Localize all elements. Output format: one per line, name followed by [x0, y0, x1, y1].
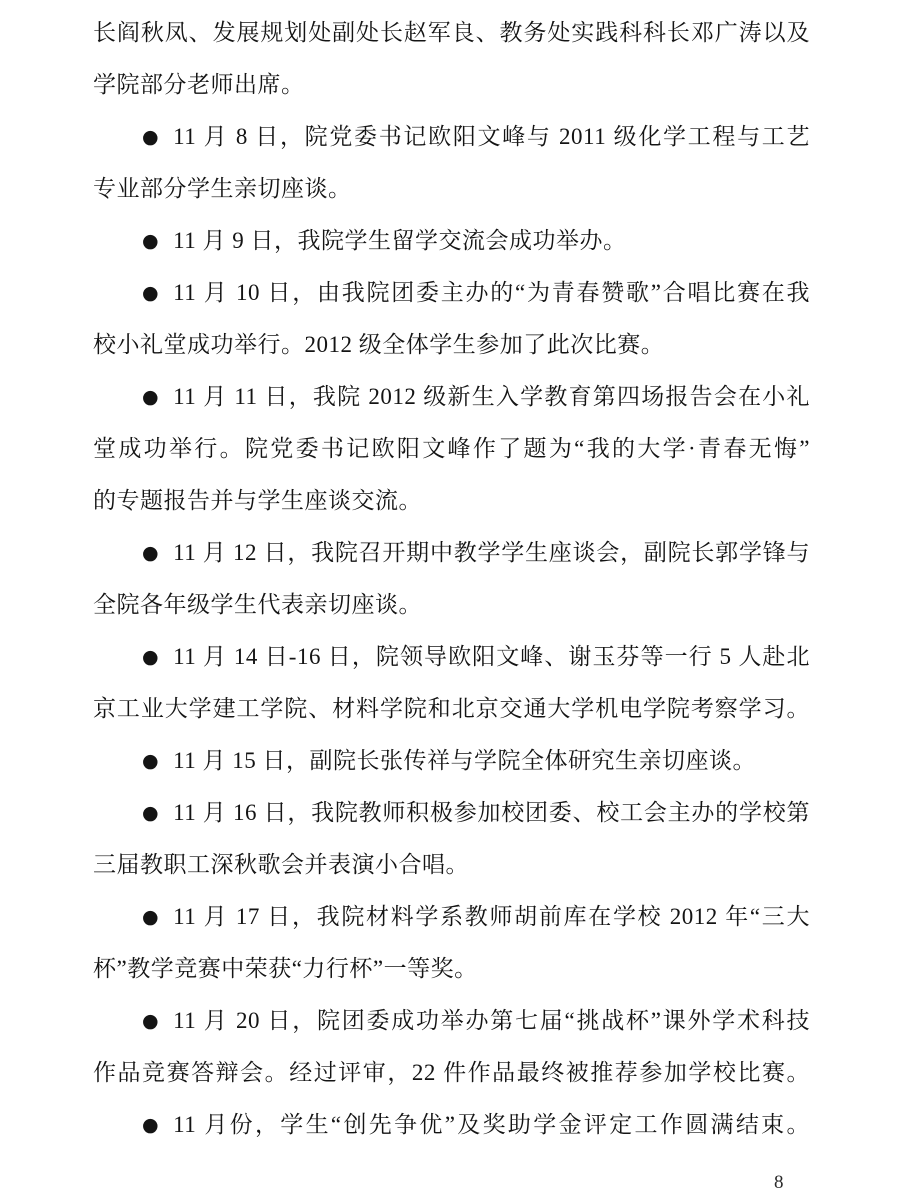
line-text: 11 月 10 日，由我院团委主办的“为青春赞歌”合唱比赛在我	[173, 280, 810, 305]
bullet-icon: ●	[142, 735, 159, 787]
line-text: 11 月份，学生“创先争优”及奖助学金评定工作圆满结束。	[173, 1112, 810, 1137]
text-line: ●11 月 16 日，我院教师积极参加校团委、校工会主办的学校第	[93, 787, 810, 839]
line-text: 校小礼堂成功举行。2012 级全体学生参加了此次比赛。	[93, 332, 664, 357]
text-line: ●11 月 20 日，院团委成功举办第七届“挑战杯”课外学术科技	[93, 995, 810, 1047]
text-line: 堂成功举行。院党委书记欧阳文峰作了题为“我的大学·青春无悔”	[93, 423, 810, 475]
line-text: 长阎秋凤、发展规划处副处长赵军良、教务处实践科科长邓广涛以及	[93, 20, 810, 45]
bullet-icon: ●	[142, 891, 159, 943]
line-text: 杯”教学竞赛中荣获“力行杯”一等奖。	[93, 956, 478, 981]
text-line: 长阎秋凤、发展规划处副处长赵军良、教务处实践科科长邓广涛以及	[93, 7, 810, 59]
document-page: 长阎秋凤、发展规划处副处长赵军良、教务处实践科科长邓广涛以及学院部分老师出席。●…	[0, 0, 900, 1200]
bullet-icon: ●	[142, 527, 159, 579]
line-text: 11 月 12 日，我院召开期中教学学生座谈会，副院长郭学锋与	[173, 540, 810, 565]
text-line: ●11 月 15 日，副院长张传祥与学院全体研究生亲切座谈。	[93, 735, 810, 787]
text-line: 学院部分老师出席。	[93, 59, 810, 111]
bullet-icon: ●	[142, 995, 159, 1047]
line-text: 11 月 14 日-16 日，院领导欧阳文峰、谢玉芬等一行 5 人赴北	[173, 644, 810, 669]
bullet-icon: ●	[142, 267, 159, 319]
text-line: ●11 月 14 日-16 日，院领导欧阳文峰、谢玉芬等一行 5 人赴北	[93, 631, 810, 683]
line-text: 作品竞赛答辩会。经过评审，22 件作品最终被推荐参加学校比赛。	[93, 1060, 810, 1085]
text-line: 京工业大学建工学院、材料学院和北京交通大学机电学院考察学习。	[93, 683, 810, 735]
text-line: ●11 月 8 日，院党委书记欧阳文峰与 2011 级化学工程与工艺	[93, 111, 810, 163]
text-line: 的专题报告并与学生座谈交流。	[93, 475, 810, 527]
line-text: 专业部分学生亲切座谈。	[93, 176, 352, 201]
line-text: 11 月 17 日，我院材料学系教师胡前库在学校 2012 年“三大	[173, 904, 810, 929]
line-text: 堂成功举行。院党委书记欧阳文峰作了题为“我的大学·青春无悔”	[93, 436, 810, 461]
line-text: 京工业大学建工学院、材料学院和北京交通大学机电学院考察学习。	[93, 696, 810, 721]
text-line: 专业部分学生亲切座谈。	[93, 163, 810, 215]
text-line: 三届教职工深秋歌会并表演小合唱。	[93, 839, 810, 891]
text-line: ●11 月 9 日，我院学生留学交流会成功举办。	[93, 215, 810, 267]
text-line: ●11 月 17 日，我院材料学系教师胡前库在学校 2012 年“三大	[93, 891, 810, 943]
line-text: 11 月 11 日，我院 2012 级新生入学教育第四场报告会在小礼	[173, 384, 810, 409]
text-line: 杯”教学竞赛中荣获“力行杯”一等奖。	[93, 943, 810, 995]
text-line: ●11 月份，学生“创先争优”及奖助学金评定工作圆满结束。	[93, 1099, 810, 1151]
line-text: 学院部分老师出席。	[93, 72, 305, 97]
bullet-icon: ●	[142, 111, 159, 163]
bullet-icon: ●	[142, 215, 159, 267]
text-line: ●11 月 10 日，由我院团委主办的“为青春赞歌”合唱比赛在我	[93, 267, 810, 319]
line-text: 11 月 15 日，副院长张传祥与学院全体研究生亲切座谈。	[173, 748, 756, 773]
bullet-icon: ●	[142, 371, 159, 423]
page-number: 8	[774, 1170, 784, 1196]
bullet-icon: ●	[142, 1099, 159, 1151]
line-text: 11 月 16 日，我院教师积极参加校团委、校工会主办的学校第	[173, 800, 810, 825]
line-text: 三届教职工深秋歌会并表演小合唱。	[93, 852, 469, 877]
line-text: 11 月 20 日，院团委成功举办第七届“挑战杯”课外学术科技	[173, 1008, 810, 1033]
text-line: 校小礼堂成功举行。2012 级全体学生参加了此次比赛。	[93, 319, 810, 371]
text-line: 作品竞赛答辩会。经过评审，22 件作品最终被推荐参加学校比赛。	[93, 1047, 810, 1099]
text-line: ●11 月 11 日，我院 2012 级新生入学教育第四场报告会在小礼	[93, 371, 810, 423]
text-line: ●11 月 12 日，我院召开期中教学学生座谈会，副院长郭学锋与	[93, 527, 810, 579]
bullet-icon: ●	[142, 787, 159, 839]
document-body: 长阎秋凤、发展规划处副处长赵军良、教务处实践科科长邓广涛以及学院部分老师出席。●…	[93, 7, 810, 1151]
text-line: 全院各年级学生代表亲切座谈。	[93, 579, 810, 631]
line-text: 11 月 9 日，我院学生留学交流会成功举办。	[173, 228, 626, 253]
line-text: 全院各年级学生代表亲切座谈。	[93, 592, 422, 617]
line-text: 的专题报告并与学生座谈交流。	[93, 488, 422, 513]
line-text: 11 月 8 日，院党委书记欧阳文峰与 2011 级化学工程与工艺	[173, 124, 810, 149]
bullet-icon: ●	[142, 631, 159, 683]
